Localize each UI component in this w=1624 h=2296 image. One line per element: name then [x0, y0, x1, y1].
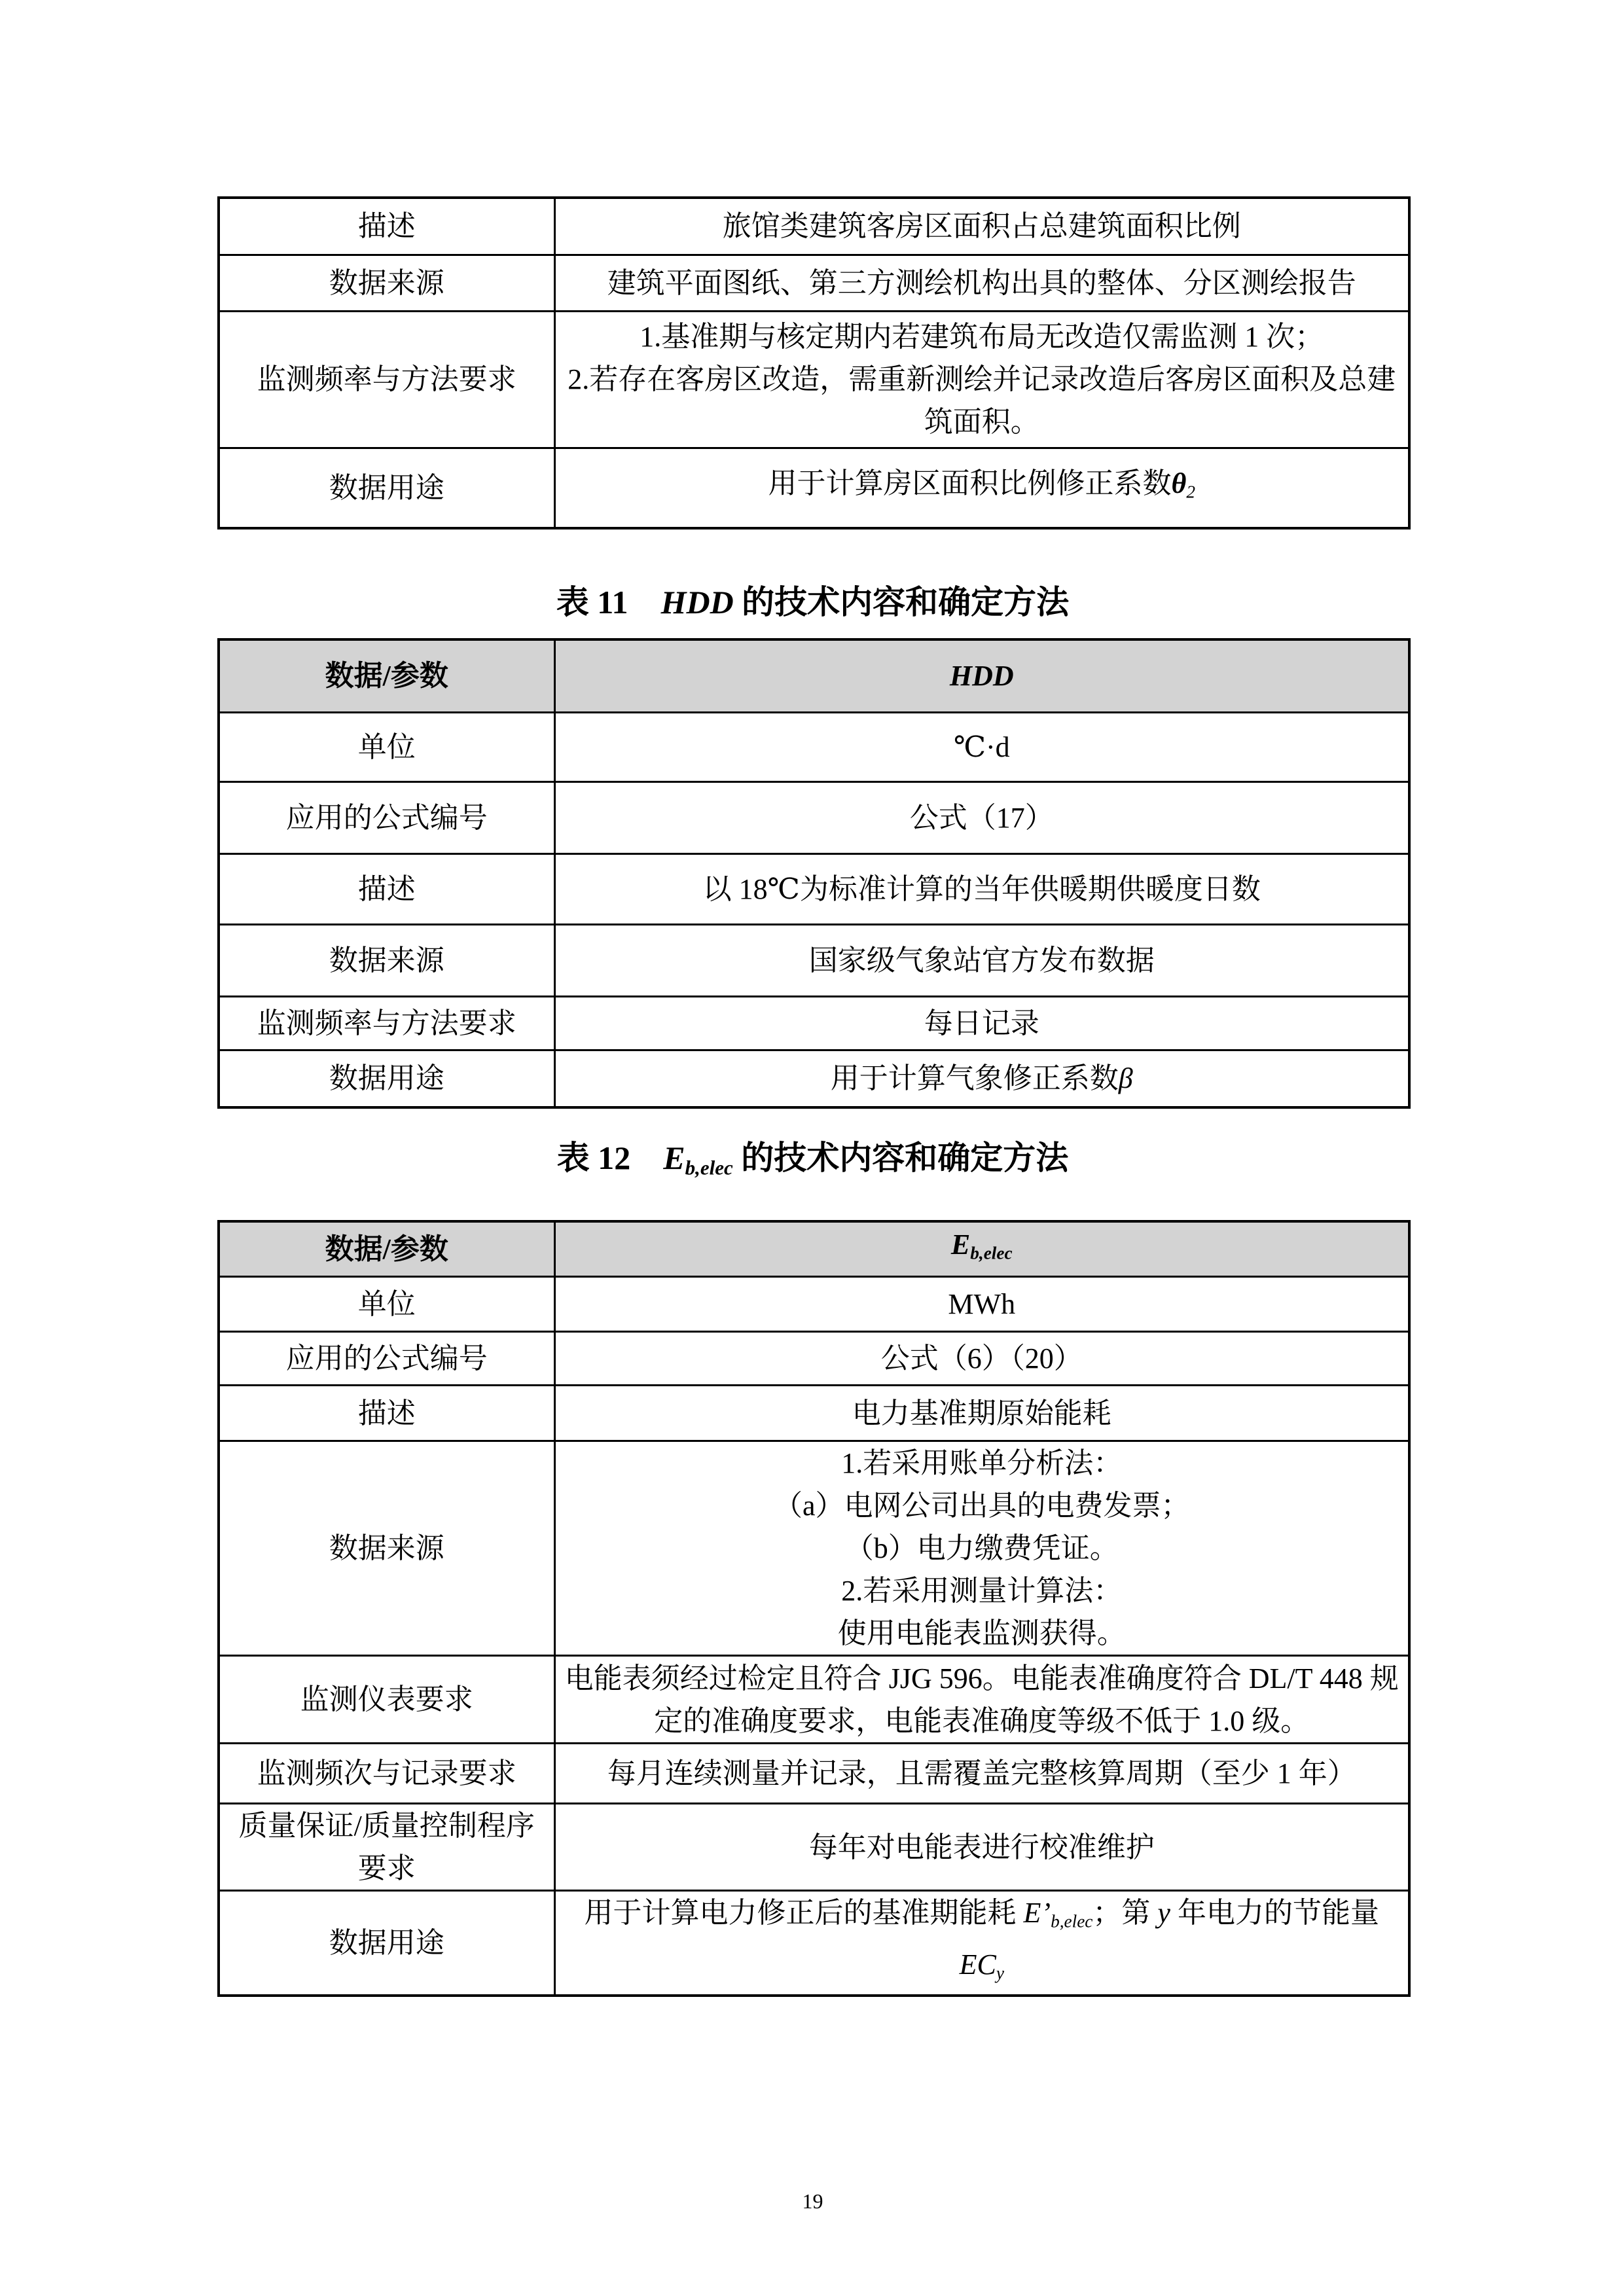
table-header-row: 数据/参数 Eb,elec [219, 1221, 1409, 1277]
row-label-cell: 单位 [219, 1277, 554, 1332]
row-label-cell: 数据来源 [219, 255, 554, 311]
page-number: 19 [217, 2188, 1408, 2214]
row-value-cell: 电能表须经过检定且符合 JJG 596。电能表准确度符合 DL/T 448 规定… [554, 1656, 1409, 1744]
document-page: 描述 旅馆类建筑客房区面积占总建筑面积比例 数据来源 建筑平面图纸、第三方测绘机… [0, 0, 1624, 2296]
header-param-cell: 数据/参数 [219, 1221, 554, 1277]
row-value-cell: 国家级气象站官方发布数据 [554, 924, 1409, 996]
row-label-cell: 质量保证/质量控制程序要求 [219, 1804, 554, 1891]
row-value-cell: MWh [554, 1277, 1409, 1332]
row-label-cell: 数据来源 [219, 1441, 554, 1656]
table-row: 质量保证/质量控制程序要求 每年对电能表进行校准维护 [219, 1804, 1409, 1891]
table-row: 应用的公式编号 公式（6）（20） [219, 1332, 1409, 1386]
table-row: 数据来源 国家级气象站官方发布数据 [219, 924, 1409, 996]
table-row: 监测频率与方法要求 每日记录 [219, 996, 1409, 1050]
table-row: 单位 MWh [219, 1277, 1409, 1332]
row-value-cell: 每年对电能表进行校准维护 [554, 1804, 1409, 1891]
header-param-cell: 数据/参数 [219, 639, 554, 712]
row-label-cell: 数据用途 [219, 448, 554, 528]
table-row: 数据用途 用于计算电力修正后的基准期能耗 E’b,elec；第 y 年电力的节能… [219, 1891, 1409, 1996]
header-symbol-cell: HDD [554, 639, 1409, 712]
table-row: 描述 旅馆类建筑客房区面积占总建筑面积比例 [219, 198, 1409, 255]
row-label-cell: 单位 [219, 712, 554, 781]
table-row: 应用的公式编号 公式（17） [219, 781, 1409, 853]
row-value-cell: 建筑平面图纸、第三方测绘机构出具的整体、分区测绘报告 [554, 255, 1409, 311]
row-label-cell: 描述 [219, 853, 554, 924]
row-value-cell: 旅馆类建筑客房区面积占总建筑面积比例 [554, 198, 1409, 255]
row-label-cell: 监测频率与方法要求 [219, 996, 554, 1050]
table-11-caption: 表 11 HDD 的技术内容和确定方法 [217, 583, 1408, 621]
table-12: 数据/参数 Eb,elec 单位 MWh 应用的公式编号 公式（6）（20） 描… [217, 1220, 1411, 1998]
table-row: 监测频次与记录要求 每月连续测量并记录，且需覆盖完整核算周期（至少 1 年） [219, 1744, 1409, 1804]
row-label-cell: 数据来源 [219, 924, 554, 996]
table-11: 数据/参数 HDD 单位 ℃·d 应用的公式编号 公式（17） 描述 以 18℃… [217, 638, 1411, 1109]
row-label-cell: 描述 [219, 198, 554, 255]
row-value-cell: ℃·d [554, 712, 1409, 781]
table-row: 数据来源 建筑平面图纸、第三方测绘机构出具的整体、分区测绘报告 [219, 255, 1409, 311]
table-theta-continuation: 描述 旅馆类建筑客房区面积占总建筑面积比例 数据来源 建筑平面图纸、第三方测绘机… [217, 196, 1411, 529]
header-symbol-cell: Eb,elec [554, 1221, 1409, 1277]
page-content: 描述 旅馆类建筑客房区面积占总建筑面积比例 数据来源 建筑平面图纸、第三方测绘机… [217, 196, 1408, 2214]
table-row: 数据来源 1.若采用账单分析法： （a）电网公司出具的电费发票； （b）电力缴费… [219, 1441, 1409, 1656]
table-row: 描述 以 18℃为标准计算的当年供暖期供暖度日数 [219, 853, 1409, 924]
row-value-cell: 用于计算房区面积比例修正系数θ2 [554, 448, 1409, 528]
table-row: 监测仪表要求 电能表须经过检定且符合 JJG 596。电能表准确度符合 DL/T… [219, 1656, 1409, 1744]
row-label-cell: 应用的公式编号 [219, 1332, 554, 1386]
row-label-cell: 监测频次与记录要求 [219, 1744, 554, 1804]
table-row: 单位 ℃·d [219, 712, 1409, 781]
table-header-row: 数据/参数 HDD [219, 639, 1409, 712]
row-value-cell: 公式（6）（20） [554, 1332, 1409, 1386]
row-value-cell: 以 18℃为标准计算的当年供暖期供暖度日数 [554, 853, 1409, 924]
row-label-cell: 描述 [219, 1386, 554, 1441]
row-value-cell: 用于计算电力修正后的基准期能耗 E’b,elec；第 y 年电力的节能量 ECy [554, 1891, 1409, 1996]
table-row: 数据用途 用于计算房区面积比例修正系数θ2 [219, 448, 1409, 528]
row-value-cell: 1.基准期与核定期内若建筑布局无改造仅需监测 1 次； 2.若存在客房区改造，需… [554, 311, 1409, 448]
row-value-cell: 公式（17） [554, 781, 1409, 853]
row-label-cell: 数据用途 [219, 1891, 554, 1996]
row-value-cell: 用于计算气象修正系数β [554, 1050, 1409, 1107]
row-label-cell: 应用的公式编号 [219, 781, 554, 853]
row-value-cell: 每日记录 [554, 996, 1409, 1050]
table-12-caption: 表 12 Eb,elec 的技术内容和确定方法 [217, 1139, 1408, 1187]
row-label-cell: 监测频率与方法要求 [219, 311, 554, 448]
table-row: 监测频率与方法要求 1.基准期与核定期内若建筑布局无改造仅需监测 1 次； 2.… [219, 311, 1409, 448]
row-value-cell: 每月连续测量并记录，且需覆盖完整核算周期（至少 1 年） [554, 1744, 1409, 1804]
row-value-cell: 电力基准期原始能耗 [554, 1386, 1409, 1441]
row-label-cell: 监测仪表要求 [219, 1656, 554, 1744]
table-row: 数据用途 用于计算气象修正系数β [219, 1050, 1409, 1107]
table-row: 描述 电力基准期原始能耗 [219, 1386, 1409, 1441]
row-label-cell: 数据用途 [219, 1050, 554, 1107]
row-value-cell: 1.若采用账单分析法： （a）电网公司出具的电费发票； （b）电力缴费凭证。 2… [554, 1441, 1409, 1656]
